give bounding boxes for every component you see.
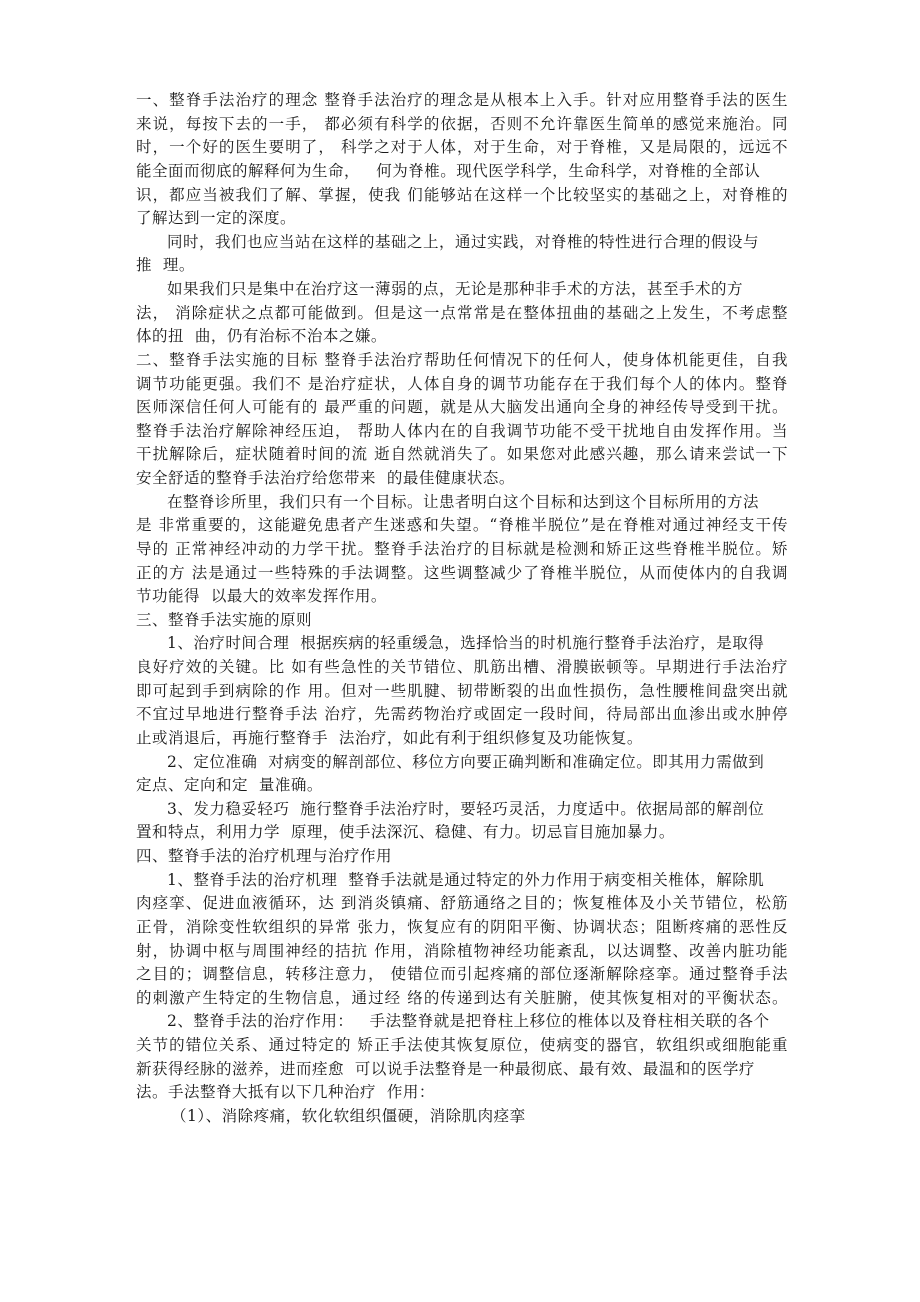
text-line: 医师深信任何人可能有的 最严重的问题，就是从大脑发出通向全身的神经传导受到干扰。 xyxy=(136,396,788,420)
text-line: 了解达到一定的深度。 xyxy=(136,207,788,231)
text-line: 止或消退后，再施行整脊手 法治疗，如此有利于组织修复及功能恢复。 xyxy=(136,727,788,751)
text-line: 置和特点，利用力学 原理，使手法深沉、稳健、有力。切忌盲目施加暴力。 xyxy=(136,821,788,845)
text-line: 四、整脊手法的治疗机理与治疗作用 xyxy=(136,845,788,869)
text-line: 关节的错位关系、通过特定的 矫正手法使其恢复原位，使病变的器官，软组织或细胞能重 xyxy=(136,1034,788,1058)
text-line: 2、定位准确 对病变的解剖部位、移位方向要正确判断和准确定位。即其用力需做到 xyxy=(136,751,788,775)
text-line: 正骨，消除变性软组织的异常 张力，恢复应有的阴阳平衡、协调状态；阻断疼痛的恶性反 xyxy=(136,916,788,940)
text-line: 来说，每按下去的一手， 都必须有科学的依据，否则不允许靠医生简单的感觉来施治。同 xyxy=(136,113,788,137)
text-line: 法。手法整脊大抵有以下几种治疗 作用： xyxy=(136,1081,788,1105)
text-line: 整脊手法治疗解除神经压迫， 帮助人体内在的自我调节功能不受干扰地自由发挥作用。当 xyxy=(136,420,788,444)
text-line: （1）、消除疼痛，软化软组织僵硬，消除肌肉痉挛 xyxy=(136,1105,788,1129)
text-line: 时，一个好的医生要明了， 科学之对于人体，对于生命，对于脊椎，又是局限的，远远不 xyxy=(136,136,788,160)
text-line: 正的方 法是通过一些特殊的手法调整。这些调整减少了脊椎半脱位，从而使体内的自我调 xyxy=(136,562,788,586)
text-line: 同时，我们也应当站在这样的基础之上，通过实践，对脊椎的特性进行合理的假设与 xyxy=(136,231,788,255)
text-line: 体的扭 曲，仍有治标不治本之嫌。 xyxy=(136,325,788,349)
text-line: 肉痉挛、促进血液循环，达 到消炎镇痛、舒筋通络之目的；恢复椎体及小关节错位，松筋 xyxy=(136,892,788,916)
text-line: 2、整脊手法的治疗作用： 手法整脊就是把脊柱上移位的椎体以及脊柱相关联的各个 xyxy=(136,1010,788,1034)
text-line: 3、发力稳妥轻巧 施行整脊手法治疗时，要轻巧灵活，力度适中。依据局部的解剖位 xyxy=(136,798,788,822)
text-line: 能全面而彻底的解释何为生命， 何为脊椎。现代医学科学，生命科学，对脊椎的全部认 xyxy=(136,160,788,184)
text-line: 三、整脊手法实施的原则 xyxy=(136,609,788,633)
text-line: 二、整脊手法实施的目标 整脊手法治疗帮助任何情况下的任何人，使身体机能更佳，自我 xyxy=(136,349,788,373)
text-line: 推 理。 xyxy=(136,254,788,278)
text-line: 1、治疗时间合理 根据疾病的轻重缓急，选择恰当的时机施行整脊手法治疗，是取得 xyxy=(136,632,788,656)
text-line: 的刺激产生特定的生物信息，通过经 络的传递到达有关脏腑，使其恢复相对的平衡状态。 xyxy=(136,987,788,1011)
text-line: 如果我们只是集中在治疗这一薄弱的点，无论是那种非手术的方法，甚至手术的方 xyxy=(136,278,788,302)
text-line: 安全舒适的整脊手法治疗给您带来 的最佳健康状态。 xyxy=(136,467,788,491)
text-line: 新获得经脉的滋养，进而痊愈 可以说手法整脊是一种最彻底、最有效、最温和的医学疗 xyxy=(136,1058,788,1082)
text-line: 即可起到手到病除的作 用。但对一些肌腱、韧带断裂的出血性损伤，急性腰椎间盘突出就 xyxy=(136,680,788,704)
text-line: 一、整脊手法治疗的理念 整脊手法治疗的理念是从根本上入手。针对应用整脊手法的医生 xyxy=(136,89,788,113)
text-line: 不宜过早地进行整脊手法 治疗，先需药物治疗或固定一段时间，待局部出血渗出或水肿停 xyxy=(136,703,788,727)
text-line: 是 非常重要的，这能避免患者产生迷惑和失望。“脊椎半脱位”是在脊椎对通过神经支干… xyxy=(136,514,788,538)
text-line: 调节功能更强。我们不 是治疗症状，人体自身的调节功能存在于我们每个人的体内。整脊 xyxy=(136,373,788,397)
text-line: 定点、定向和定 量准确。 xyxy=(136,774,788,798)
text-line: 射，协调中枢与周围神经的拮抗 作用，消除植物神经功能紊乱，以达调整、改善内脏功能 xyxy=(136,940,788,964)
text-line: 识，都应当被我们了解、掌握，使我 们能够站在这样一个比较坚实的基础之上，对脊椎的 xyxy=(136,184,788,208)
text-line: 干扰解除后，症状随着时间的流 逝自然就消失了。如果您对此感兴趣，那么请来尝试一下 xyxy=(136,443,788,467)
text-line: 1、整脊手法的治疗机理 整脊手法就是通过特定的外力作用于病变相关椎体，解除肌 xyxy=(136,869,788,893)
text-line: 导的 正常神经冲动的力学干扰。整脊手法治疗的目标就是检测和矫正这些脊椎半脱位。矫 xyxy=(136,538,788,562)
text-line: 之目的；调整信息，转移注意力， 使错位而引起疼痛的部位逐渐解除痉挛。通过整脊手法 xyxy=(136,963,788,987)
document-body: 一、整脊手法治疗的理念 整脊手法治疗的理念是从根本上入手。针对应用整脊手法的医生… xyxy=(136,89,788,1129)
text-line: 良好疗效的关键。比 如有些急性的关节错位、肌筋出槽、滑膜嵌顿等。早期进行手法治疗 xyxy=(136,656,788,680)
text-line: 节功能得 以最大的效率发挥作用。 xyxy=(136,585,788,609)
text-line: 在整脊诊所里，我们只有一个目标。让患者明白这个目标和达到这个目标所用的方法 xyxy=(136,491,788,515)
text-line: 法， 消除症状之点都可能做到。但是这一点常常是在整体扭曲的基础之上发生，不考虑整 xyxy=(136,302,788,326)
